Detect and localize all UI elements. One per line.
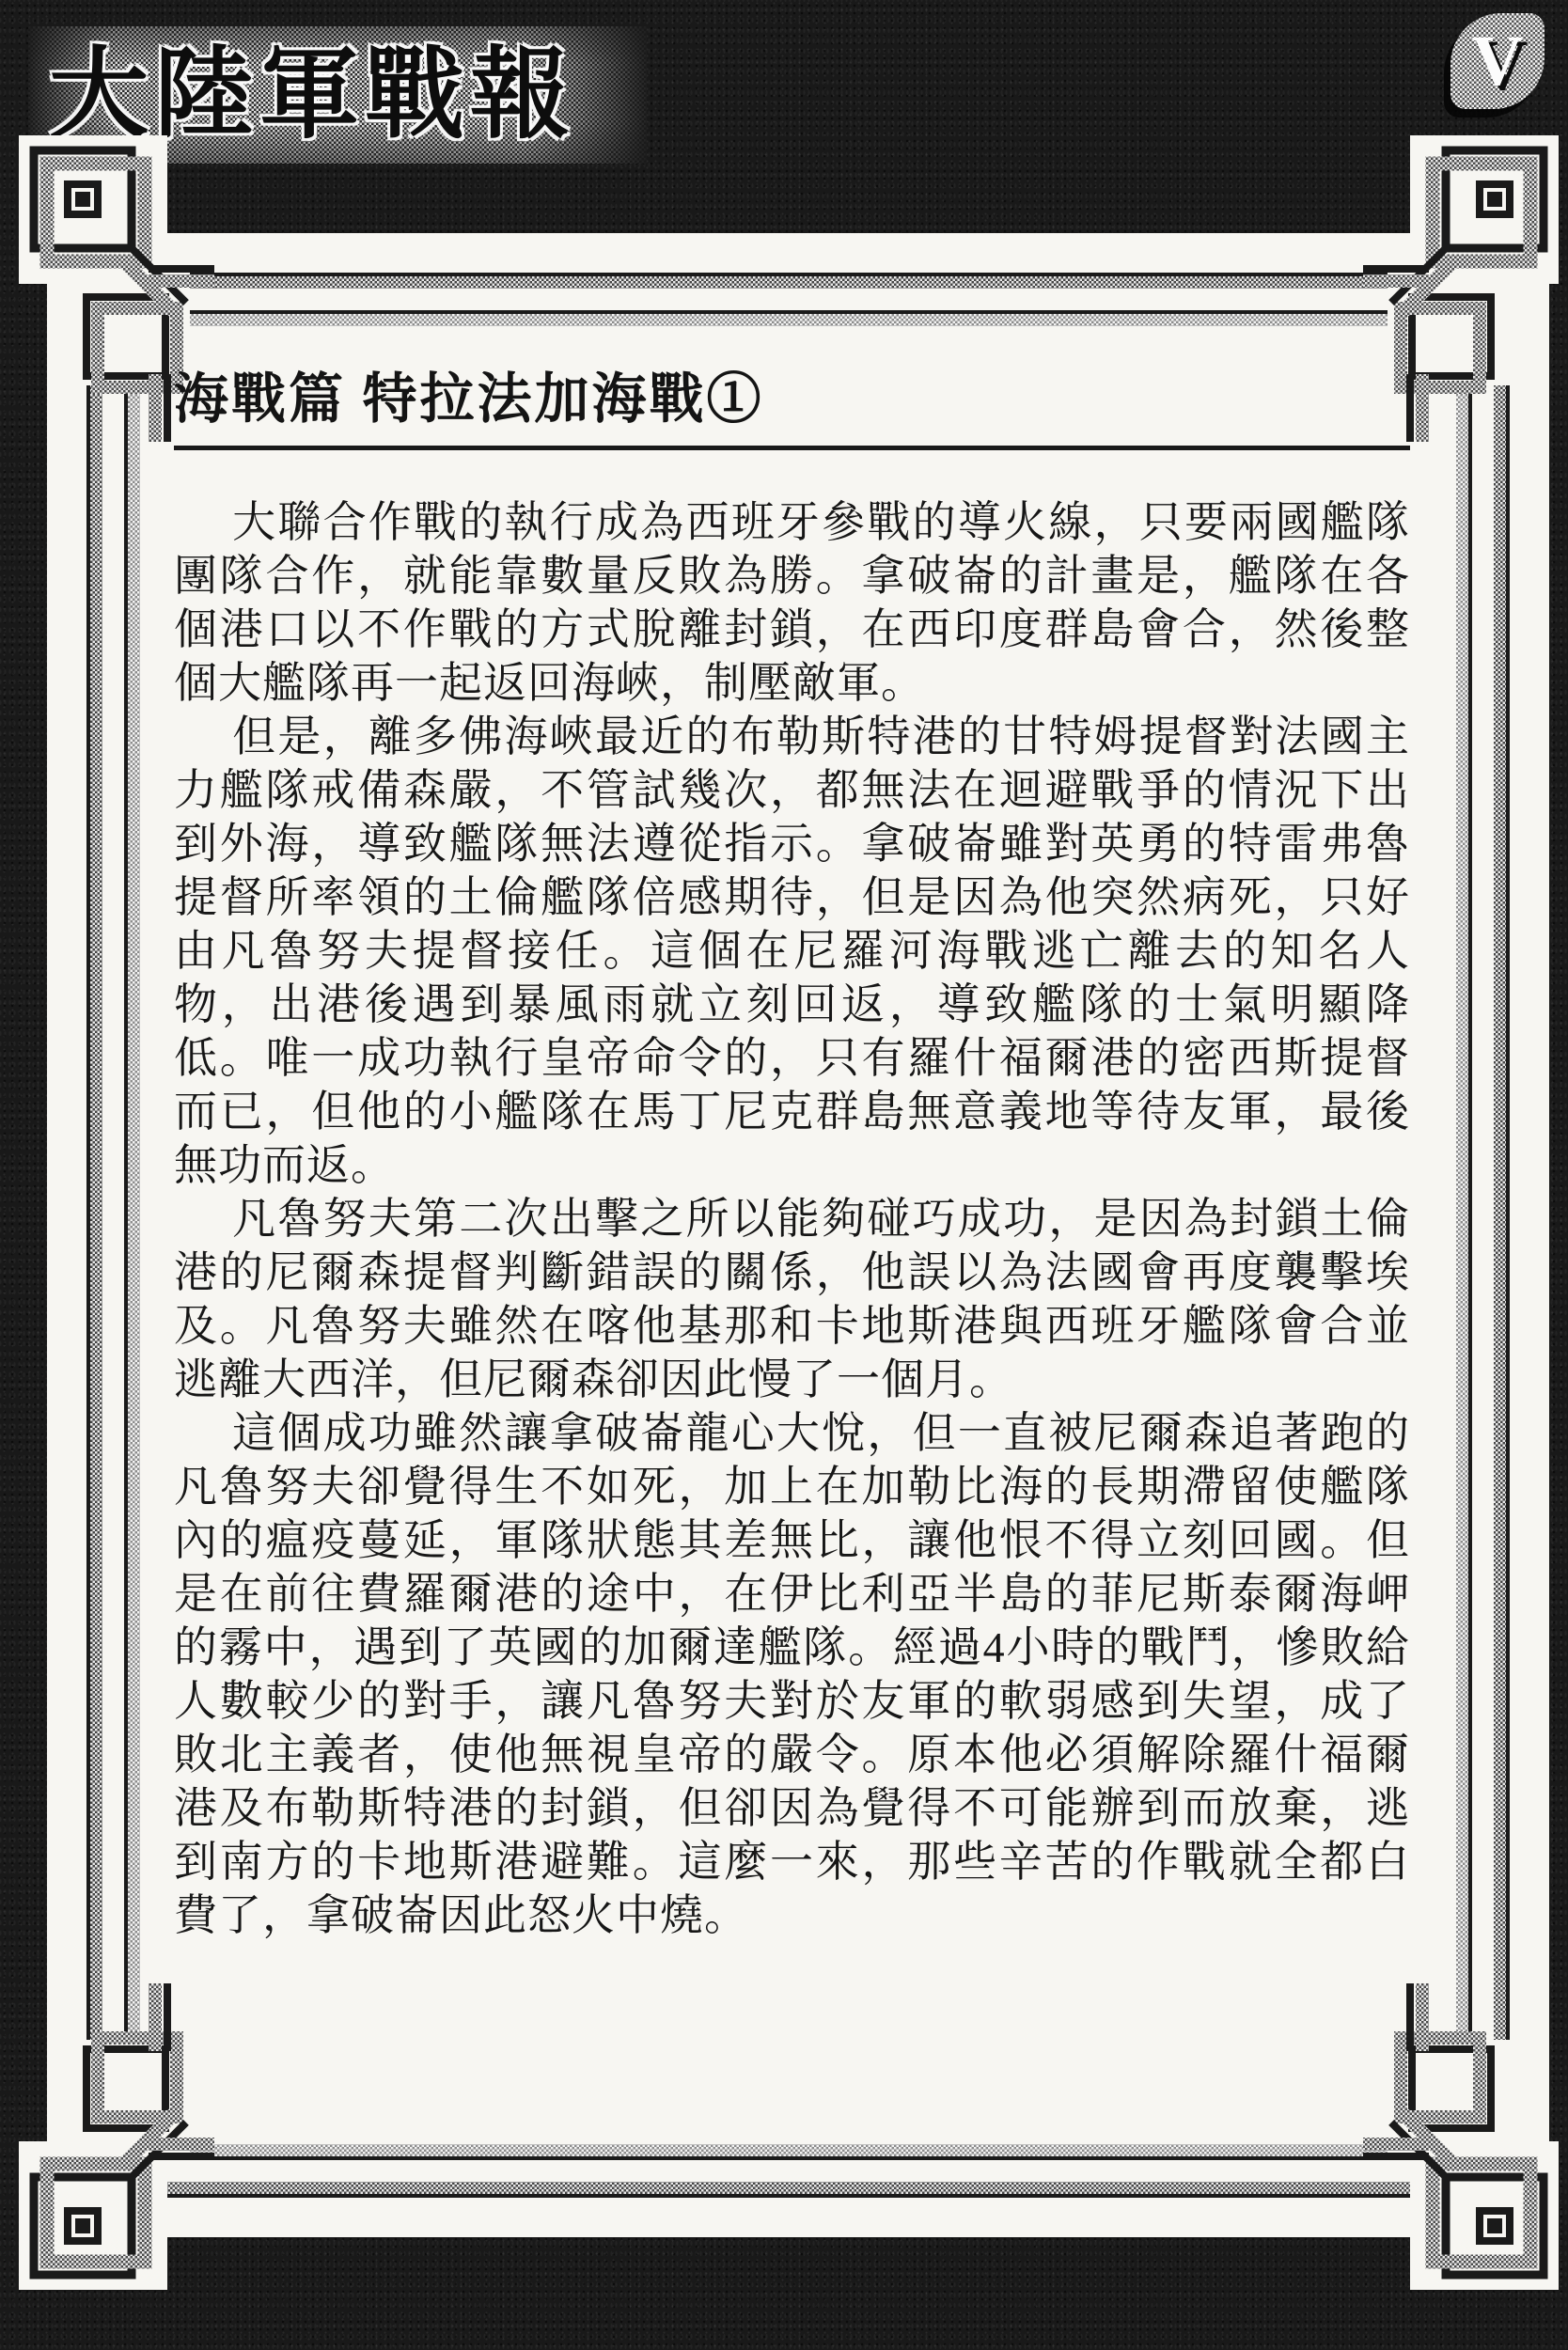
article-paragraph-4: 這個成功雖然讓拿破崙龍心大悅，但一直被尼爾森追著跑的凡魯努夫卻覺得生不如死，加上… [174,1406,1410,1942]
article-paragraph-2: 但是，離多佛海峽最近的布勒斯特港的甘特姆提督對法國主力艦隊戒備森嚴，不管試幾次，… [174,710,1410,1192]
volume-badge: V [1450,13,1544,109]
page-title: 大陸軍戰報 [28,45,575,145]
article-paragraph-1: 大聯合作戰的執行成為西班牙參戰的導火線，只要兩國艦隊團隊合作，就能靠數量反敗為勝… [174,495,1410,710]
volume-badge-label: V [1472,25,1524,97]
article-heading: 海戰篇 特拉法加海戰① [174,367,1410,450]
masthead-banner: 大陸軍戰報 [28,26,647,164]
article-paragraph-3: 凡魯努夫第二次出擊之所以能夠碰巧成功，是因為封鎖土倫港的尼爾森提督判斷錯誤的關係… [174,1192,1410,1406]
content-page: 海戰篇 特拉法加海戰① 大聯合作戰的執行成為西班牙參戰的導火線，只要兩國艦隊團隊… [47,233,1549,2237]
article: 海戰篇 特拉法加海戰① 大聯合作戰的執行成為西班牙參戰的導火線，只要兩國艦隊團隊… [174,367,1410,1942]
